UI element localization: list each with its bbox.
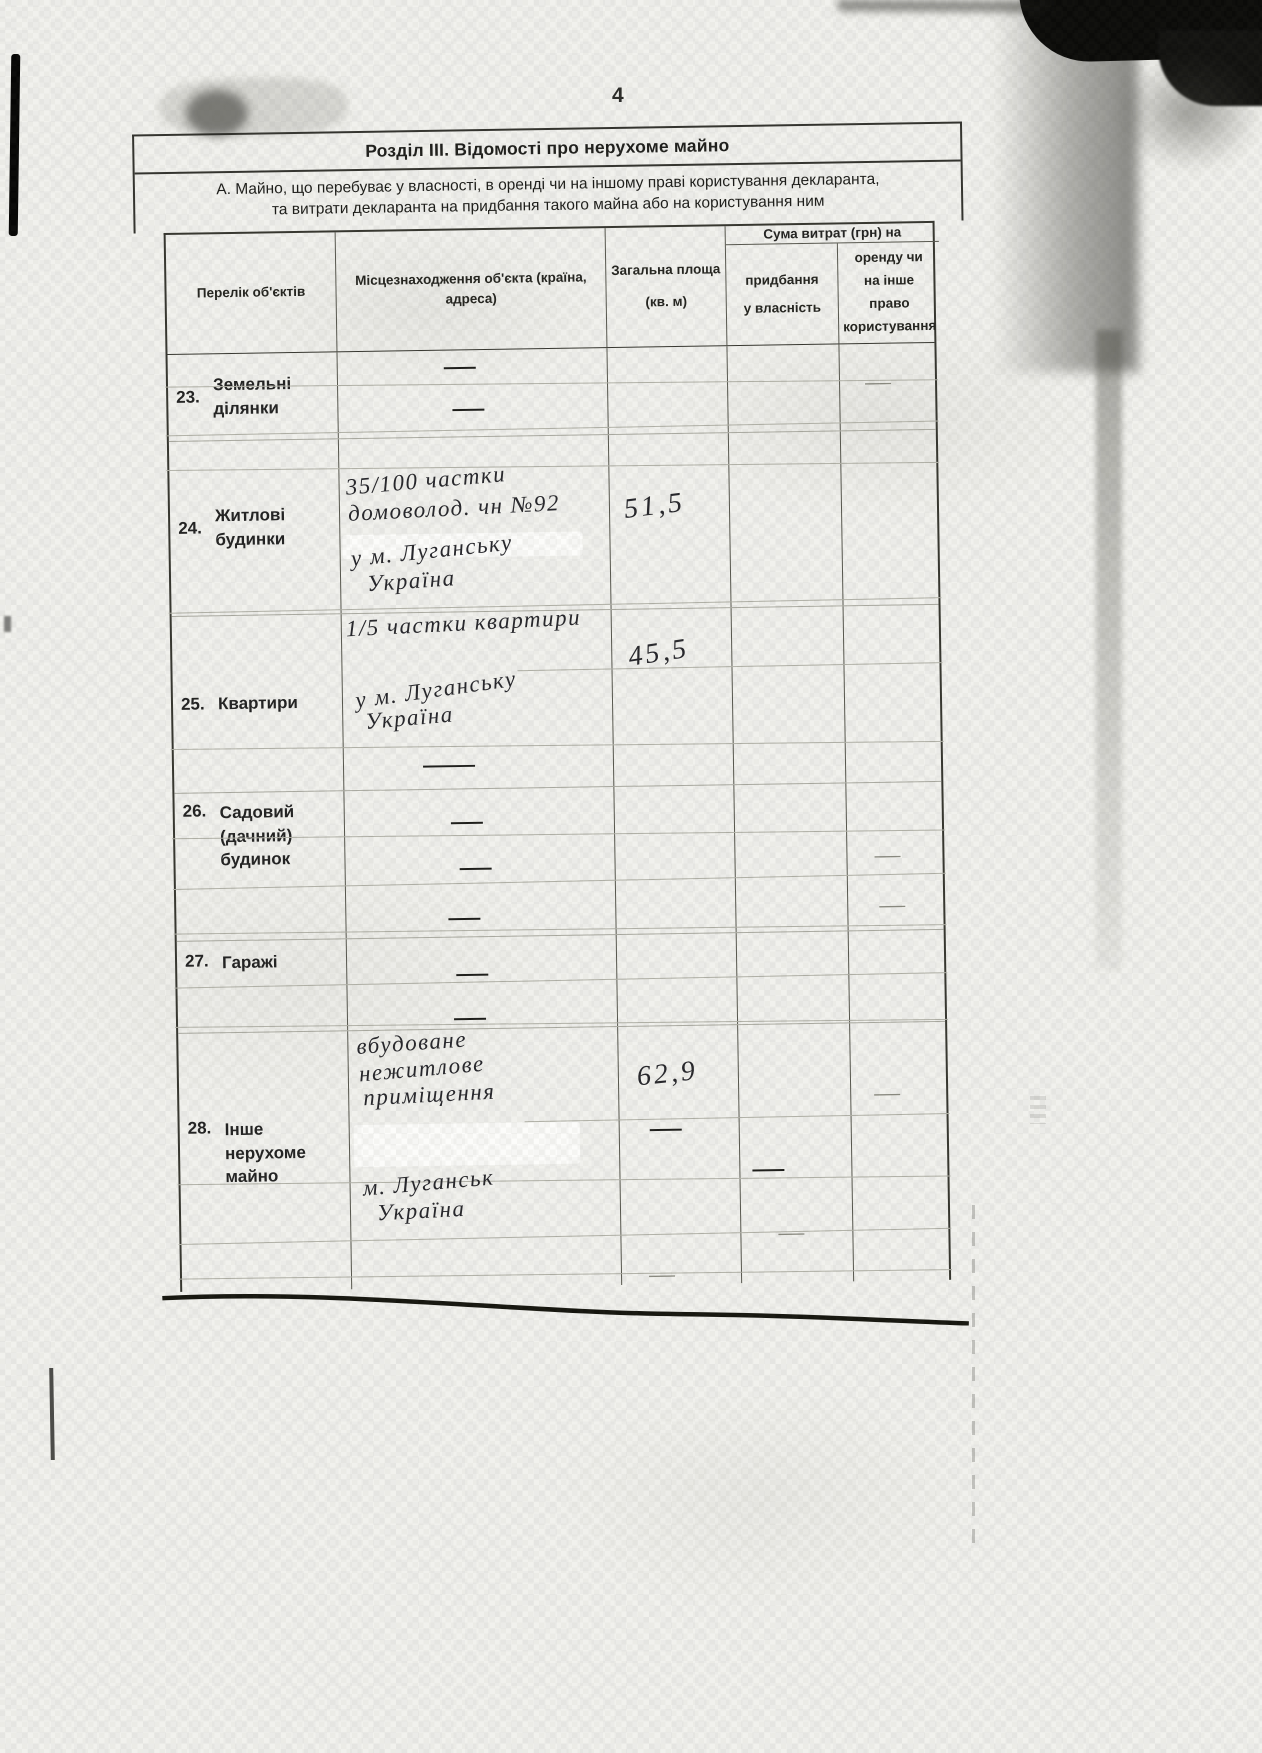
area-cell xyxy=(607,346,728,434)
dash-mark: — xyxy=(444,356,476,379)
row-label: Житлові будинки xyxy=(215,502,336,551)
scan-halo-top-right xyxy=(1118,52,1262,172)
rent-cost-cell: — xyxy=(839,343,935,430)
purchase-cost-cell xyxy=(729,431,844,607)
property-table: Перелік об'єктів Місцезнаходження об'єкт… xyxy=(164,221,952,1292)
scan-mark-left-line xyxy=(9,54,21,236)
row-label: Гаражі xyxy=(222,950,278,975)
row-label: Земельні ділянки xyxy=(213,371,334,420)
dash-mark: — xyxy=(459,857,491,880)
rent-cost-cell xyxy=(841,430,939,605)
col-header-rent-line1: оренду чи xyxy=(854,246,923,270)
dash-mark: — xyxy=(879,894,905,917)
dash-mark: — xyxy=(451,811,483,834)
handwritten-area-value: 62,9 xyxy=(635,1055,699,1093)
row-label-line2: будинок xyxy=(220,850,290,870)
table-row-27: 27. Гаражі — — xyxy=(177,930,945,1034)
row-number: 27. xyxy=(185,951,222,972)
row-label-line1: Садовий (дачний) xyxy=(220,802,295,846)
table-row-25: 25. Квартири 1/5 частки квартири у м. Лу… xyxy=(172,605,942,794)
row-label: Інше нерухоме майно xyxy=(225,1116,346,1189)
redaction-block xyxy=(354,1121,581,1167)
purchase-cost-cell xyxy=(734,783,848,932)
location-cell: вбудоване нежитлове приміщення м. Луганс… xyxy=(348,1027,622,1289)
col-header-purchase-line1: придбання xyxy=(745,265,819,294)
dash-mark: — xyxy=(752,1158,784,1181)
dash-mark: — xyxy=(649,1264,675,1287)
dash-mark: — xyxy=(778,1222,804,1245)
dash-mark: — xyxy=(423,754,475,778)
declaration-form: Розділ III. Відомості про нерухоме майно… xyxy=(132,121,981,1343)
location-cell: 35/100 частки домоволод. чн №92 у м. Луг… xyxy=(339,435,612,613)
row-number: 23. xyxy=(176,387,213,408)
table-row-26: 26. Садовий (дачний) будинок — — — — — xyxy=(174,782,943,942)
location-cell: 1/5 частки квартири у м. Луганську Украї… xyxy=(342,610,615,790)
rent-cost-cell xyxy=(849,930,945,1022)
area-cell: 62,9 — — xyxy=(618,1025,742,1285)
col-header-rent: оренду чи на інше право користування xyxy=(838,242,941,343)
section-header-block: Розділ III. Відомості про нерухоме майно… xyxy=(132,121,963,233)
rent-cost-cell: — xyxy=(850,1022,949,1281)
col-header-rent-line3: користування xyxy=(843,315,937,339)
scan-streak-top xyxy=(838,0,1048,13)
location-cell: — — xyxy=(337,348,608,438)
dash-mark: — xyxy=(650,1118,682,1141)
scan-blob-top-right xyxy=(1019,0,1262,63)
scan-smudge-top-left-core xyxy=(186,90,248,136)
purchase-cost-cell: — — xyxy=(738,1023,854,1283)
handwritten-entry: приміщення xyxy=(363,1078,496,1111)
col-group-costs: Сума витрат (грн) на придбання у власніс… xyxy=(726,223,941,345)
col-header-area-line1: Загальна площа xyxy=(611,259,721,281)
col-header-purchase: придбання у власність xyxy=(726,244,840,345)
dash-mark: — xyxy=(874,844,900,867)
table-header-row: Перелік об'єктів Місцезнаходження об'єкт… xyxy=(166,223,935,355)
purchase-cost-cell xyxy=(732,606,847,784)
handwritten-entry: Україна xyxy=(376,1196,466,1226)
rent-cost-cell xyxy=(844,605,942,782)
col-header-area-line2: (кв. м) xyxy=(645,292,687,313)
handwritten-area-value: 51,5 xyxy=(622,487,686,526)
area-cell: 51,5 xyxy=(609,433,732,609)
row-number: 26. xyxy=(183,801,220,822)
row-number: 24. xyxy=(178,518,215,539)
scan-mark-left-line-2 xyxy=(49,1368,55,1460)
dash-mark: — xyxy=(452,398,484,421)
table-row-24: 24. Житлові будинки 35/100 частки домово… xyxy=(169,430,939,617)
area-cell xyxy=(614,785,736,934)
row-number: 25. xyxy=(181,694,218,715)
col-header-area: Загальна площа (кв. м) xyxy=(606,226,728,347)
dash-mark: — xyxy=(874,1082,900,1105)
col-header-location: Місцезнаходження об'єкта (країна, адреса… xyxy=(336,228,608,351)
area-cell: 45,5 xyxy=(612,608,735,786)
col-header-purchase-line2: у власність xyxy=(743,294,821,324)
page-number: 4 xyxy=(612,84,624,108)
purchase-cost-cell xyxy=(727,344,840,432)
dash-mark: — xyxy=(865,371,891,394)
scan-shadow-right-streak xyxy=(1096,330,1122,970)
table-row-23: 23. Земельні ділянки — — — xyxy=(168,343,936,442)
col-header-objects: Перелік об'єктів xyxy=(166,232,338,354)
scan-mark-left-dot xyxy=(4,616,11,632)
rent-cost-cell: — — xyxy=(846,782,943,930)
scan-mark-small-right xyxy=(1030,1096,1046,1124)
row-number: 28. xyxy=(188,1118,225,1139)
dash-mark: — xyxy=(448,907,480,930)
scan-blob-top-right-2 xyxy=(1158,30,1262,106)
purchase-cost-cell xyxy=(737,931,850,1024)
row-label-line1: Інше нерухоме xyxy=(225,1119,306,1162)
scan-shadow-right-band xyxy=(992,0,1138,372)
handwritten-entry: Україна xyxy=(366,565,456,597)
dash-mark: — xyxy=(456,963,488,986)
row-label: Квартири xyxy=(218,691,298,716)
table-row-28: 28. Інше нерухоме майно вбудоване нежитл… xyxy=(178,1022,949,1292)
scanned-page: 4 Розділ III. Відомості про нерухоме май… xyxy=(0,0,1262,1753)
scan-smudge-top-left xyxy=(160,76,349,137)
location-cell: — — — xyxy=(344,787,616,938)
handwritten-entry: м. Луганськ xyxy=(362,1164,496,1201)
col-header-rent-line2: на інше право xyxy=(842,269,936,316)
